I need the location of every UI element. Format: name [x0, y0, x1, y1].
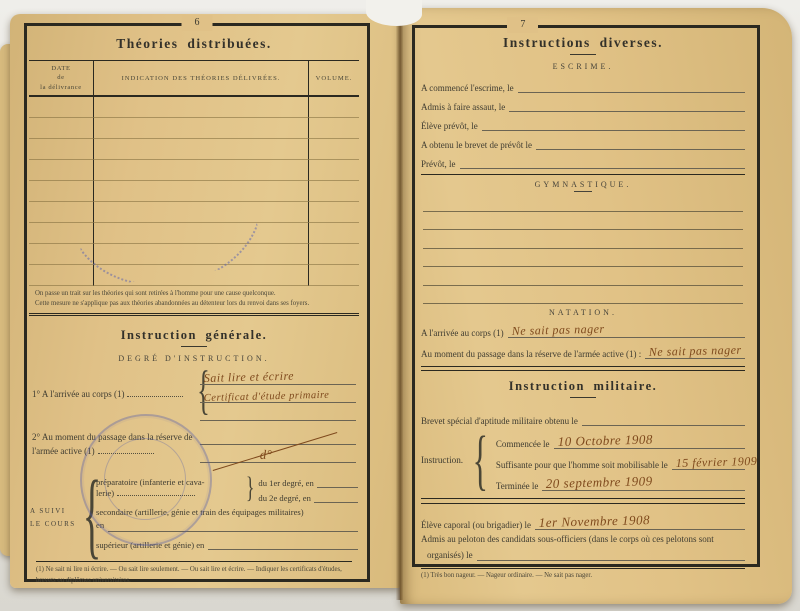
field-natation-arrivee: A l'arrivée au corps (1) Ne sait pas nag… — [421, 317, 745, 338]
blank-ruled-line — [423, 212, 743, 231]
answer-line — [108, 521, 358, 532]
table-row — [29, 244, 359, 265]
natation-heading: NATATION. — [421, 308, 745, 317]
col-volume-header: VOLUME. — [309, 61, 359, 95]
section-divider — [421, 174, 745, 175]
answer-line: Sait lire et écrire — [200, 367, 356, 385]
table-row — [29, 181, 359, 202]
handwritten-date: 20 septembre 1909 — [546, 474, 653, 493]
theories-table-note: On passe un trait sur les théories qui s… — [29, 286, 359, 316]
blank-ruled-line — [423, 230, 743, 249]
theories-table-header: DATE de la délivrance INDICATION DES THÉ… — [29, 61, 359, 97]
title-rule — [570, 397, 596, 398]
instruction-group-label: Instruction. — [421, 455, 463, 465]
booklet-page-7: 7 Instructions diverses. ESCRIME. A comm… — [400, 8, 792, 604]
table-row — [29, 265, 359, 286]
cours-superieur-row: supérieur (artillerie et génie) en — [96, 535, 358, 550]
booklet-page-6: 6 Théories distribuées. DATE de la déliv… — [10, 14, 400, 588]
row-terminee: Terminée le 20 septembre 1909 — [496, 470, 745, 491]
scanned-booklet-spread: 6 Théories distribuées. DATE de la déliv… — [0, 0, 800, 611]
col-date-header: DATE de la délivrance — [29, 61, 94, 95]
answer-line — [314, 490, 358, 503]
table-row — [29, 139, 359, 160]
row-suffisante: Suffisante pour que l'homme soit mobilis… — [496, 449, 745, 470]
handwritten-entry: Certificat d'étude primaire — [204, 390, 330, 404]
answer-line — [477, 549, 745, 561]
field-natation-reserve: Au moment du passage dans la réserve de … — [421, 338, 745, 359]
double-divider — [421, 366, 745, 371]
handwritten-entry: Ne sait pas nager — [511, 322, 604, 339]
instruction-generale-section: Instruction générale. DEGRÉ D'INSTRUCTIO… — [30, 328, 358, 585]
answer-line — [317, 475, 358, 488]
gymnastique-heading: GYMNASTIQUE. — [421, 180, 745, 189]
handwritten-entry: Sait lire et écrire — [204, 369, 295, 386]
table-row — [29, 160, 359, 181]
theories-table: DATE de la délivrance INDICATION DES THÉ… — [29, 60, 359, 316]
field-admis-assaut: Admis à faire assaut, le — [421, 93, 745, 112]
handwritten-entry: Ne sait pas nager — [649, 343, 742, 360]
field-eleve-caporal: Élève caporal (ou brigadier) le 1er Nove… — [421, 508, 745, 530]
answer-line — [200, 427, 356, 445]
answer-line: Certificat d'étude primaire — [200, 385, 356, 403]
field-brevet-prevot: A obtenu le brevet de prévôt le — [421, 131, 745, 150]
a-suivi-le-cours-block: A SUIVI LE COURS { préparatoire (infante… — [30, 473, 358, 555]
answer-line — [208, 538, 358, 550]
answer-line — [582, 412, 745, 426]
brace: { — [473, 428, 488, 491]
page-7-content: Instructions diverses. ESCRIME. A commen… — [412, 25, 754, 561]
dotted-leader — [98, 453, 154, 454]
answer-line — [536, 136, 745, 150]
table-row — [29, 202, 359, 223]
theories-title: Théories distribuées. — [24, 36, 364, 52]
handwritten-date: 15 février 1909 — [675, 454, 757, 471]
table-row — [29, 223, 359, 244]
answer-line — [200, 445, 356, 463]
row-commencee: Commencée le 10 Octobre 1908 — [496, 428, 745, 449]
handwritten-date: 1er Novembre 1908 — [539, 512, 651, 531]
brace: } — [246, 471, 255, 505]
answer-line — [200, 403, 356, 421]
instruction-militaire-title: Instruction militaire. — [421, 379, 745, 394]
degre-instruction-heading: DEGRÉ D'INSTRUCTION. — [30, 354, 358, 363]
blank-ruled-line — [423, 286, 743, 305]
dotted-leader — [117, 495, 195, 496]
cours-preparatoire-row: préparatoire (infanterie et cava- lerie)… — [96, 473, 358, 503]
answer-line — [518, 79, 745, 93]
title-rule — [570, 54, 596, 55]
title-rule — [181, 346, 207, 347]
book-gutter-shadow — [396, 10, 403, 600]
page-6-content: Théories distribuées. DATE de la délivra… — [24, 23, 364, 576]
blank-ruled-line — [423, 249, 743, 268]
handwritten-date: 10 Octobre 1908 — [557, 432, 653, 450]
escrime-heading: ESCRIME. — [421, 62, 745, 71]
field-eleve-prevot: Élève prévôt, le — [421, 112, 745, 131]
field-prevot: Prévôt, le — [421, 150, 745, 169]
cours-secondaire-row: secondaire (artillerie, génie et train d… — [96, 507, 358, 532]
dotted-leader — [127, 396, 183, 397]
blank-ruled-line — [423, 193, 743, 212]
col-indication-header: INDICATION DES THÉORIES DÉLIVRÉES. — [94, 61, 309, 95]
answer-line — [482, 117, 745, 131]
field-commence-escrime: A commencé l'escrime, le — [421, 74, 745, 93]
field-brevet-aptitude: Brevet spécial d'aptitude militaire obte… — [421, 404, 745, 426]
page-7-footnote: (1) Très bon nageur. — Nageur ordinaire.… — [421, 568, 745, 579]
answer-line — [460, 155, 746, 169]
answer-line — [509, 98, 745, 112]
instructions-diverses-title: Instructions diverses. — [421, 35, 745, 51]
field-passage-reserve: 2° Au moment du passage dans la réserve … — [30, 423, 358, 467]
blank-ruled-line — [423, 267, 743, 286]
heading-rule — [574, 191, 592, 192]
instruction-generale-title: Instruction générale. — [30, 328, 358, 343]
field-arrivee-au-corps: 1° A l'arrivée au corps (1) { Sait lire … — [30, 367, 358, 421]
instruction-brace-group: Instruction. { Commencée le 10 Octobre 1… — [421, 428, 745, 491]
table-row — [29, 97, 359, 118]
table-row — [29, 118, 359, 139]
field-admis-peloton: Admis au peloton des candidats sous-offi… — [421, 533, 745, 562]
double-divider — [421, 498, 745, 503]
